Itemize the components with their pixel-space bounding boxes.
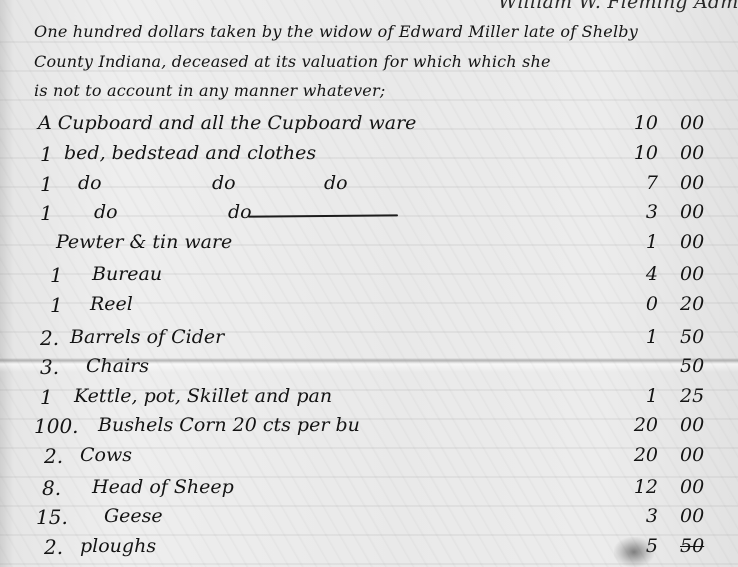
- item-ditto: do: [212, 172, 236, 194]
- item-quantity: 1: [40, 201, 53, 225]
- item-description: do: [78, 172, 102, 194]
- item-quantity: 8.: [42, 476, 61, 500]
- administrator-signature: William W. Fleming Admr: [498, 0, 738, 13]
- item-dollars: 1: [646, 326, 658, 348]
- item-ditto: do: [324, 172, 348, 194]
- item-description: Kettle, pot, Skillet and pan: [74, 385, 332, 407]
- item-cents: 00: [680, 263, 704, 285]
- item-cents: 50: [680, 326, 704, 348]
- item-quantity: 2.: [40, 326, 59, 350]
- item-cents: 20: [680, 293, 704, 315]
- item-cents: 50: [680, 535, 704, 557]
- inventory-row: 100. Bushels Corn 20 cts per bu 20 00: [0, 414, 738, 442]
- item-dollars: 3: [646, 201, 658, 223]
- item-description: Chairs: [86, 355, 149, 377]
- inventory-row: 1 Reel 0 20: [0, 293, 738, 321]
- item-quantity: 1: [40, 385, 53, 409]
- item-description: Bushels Corn 20 cts per bu: [98, 414, 360, 436]
- item-quantity: 100.: [34, 414, 79, 438]
- item-description: ploughs: [80, 535, 156, 557]
- item-quantity: 1: [40, 172, 53, 196]
- item-cents: 00: [680, 476, 704, 498]
- item-description: Geese: [104, 505, 163, 527]
- item-description: do: [94, 201, 118, 223]
- ink-smudge: [614, 537, 654, 567]
- item-dollars: 0: [646, 293, 658, 315]
- item-dollars: 10: [634, 142, 658, 164]
- item-description: Head of Sheep: [92, 476, 234, 498]
- item-description: Reel: [90, 293, 133, 315]
- item-description: A Cupboard and all the Cupboard ware: [38, 112, 416, 134]
- intro-line-1: One hundred dollars taken by the widow o…: [34, 22, 638, 41]
- item-dollars: 1: [646, 385, 658, 407]
- item-cents: 50: [680, 355, 704, 377]
- item-description: Pewter & tin ware: [56, 231, 232, 253]
- inventory-row: 15. Geese 3 00: [0, 505, 738, 533]
- inventory-row: 2. Cows 20 00: [0, 444, 738, 472]
- item-quantity: 1: [50, 263, 63, 287]
- item-description: Bureau: [92, 263, 162, 285]
- inventory-row: 8. Head of Sheep 12 00: [0, 476, 738, 504]
- inventory-row: 1 do do do 7 00: [0, 172, 738, 200]
- item-dollars: 4: [646, 263, 658, 285]
- item-description: Barrels of Cider: [70, 326, 224, 348]
- item-cents: 00: [680, 444, 704, 466]
- item-quantity: 1: [50, 293, 63, 317]
- item-quantity: 1: [40, 142, 53, 166]
- inventory-row: 2. Barrels of Cider 1 50: [0, 326, 738, 354]
- item-quantity: 2.: [44, 535, 63, 559]
- item-quantity: 15.: [36, 505, 68, 529]
- item-dollars: 7: [646, 172, 658, 194]
- item-ditto: do: [228, 201, 252, 223]
- item-quantity: 3.: [40, 355, 59, 379]
- item-dollars: 12: [634, 476, 658, 498]
- inventory-row: 3. Chairs 50: [0, 355, 738, 383]
- inventory-row: 1 bed, bedstead and clothes 10 00: [0, 142, 738, 170]
- inventory-row: Pewter & tin ware 1 00: [0, 231, 738, 259]
- inventory-row: 1 Bureau 4 00: [0, 263, 738, 291]
- item-quantity: 2.: [44, 444, 63, 468]
- item-cents: 00: [680, 112, 704, 134]
- item-description: Cows: [80, 444, 132, 466]
- item-description: bed, bedstead and clothes: [64, 142, 316, 164]
- inventory-row: 1 do do 3 00: [0, 201, 738, 229]
- item-dollars: 20: [634, 444, 658, 466]
- item-cents: 00: [680, 142, 704, 164]
- item-cents: 00: [680, 201, 704, 223]
- item-cents: 00: [680, 231, 704, 253]
- item-cents: 25: [680, 385, 704, 407]
- inventory-row: 1 Kettle, pot, Skillet and pan 1 25: [0, 385, 738, 413]
- ditto-stroke: [248, 214, 398, 217]
- item-dollars: 1: [646, 231, 658, 253]
- item-cents: 00: [680, 172, 704, 194]
- item-dollars: 3: [646, 505, 658, 527]
- item-cents: 00: [680, 414, 704, 436]
- item-dollars: 10: [634, 112, 658, 134]
- item-dollars: 20: [634, 414, 658, 436]
- intro-line-3: is not to account in any manner whatever…: [34, 81, 385, 100]
- inventory-row: A Cupboard and all the Cupboard ware 10 …: [0, 112, 738, 140]
- intro-line-2: County Indiana, deceased at its valuatio…: [34, 52, 551, 71]
- item-cents: 00: [680, 505, 704, 527]
